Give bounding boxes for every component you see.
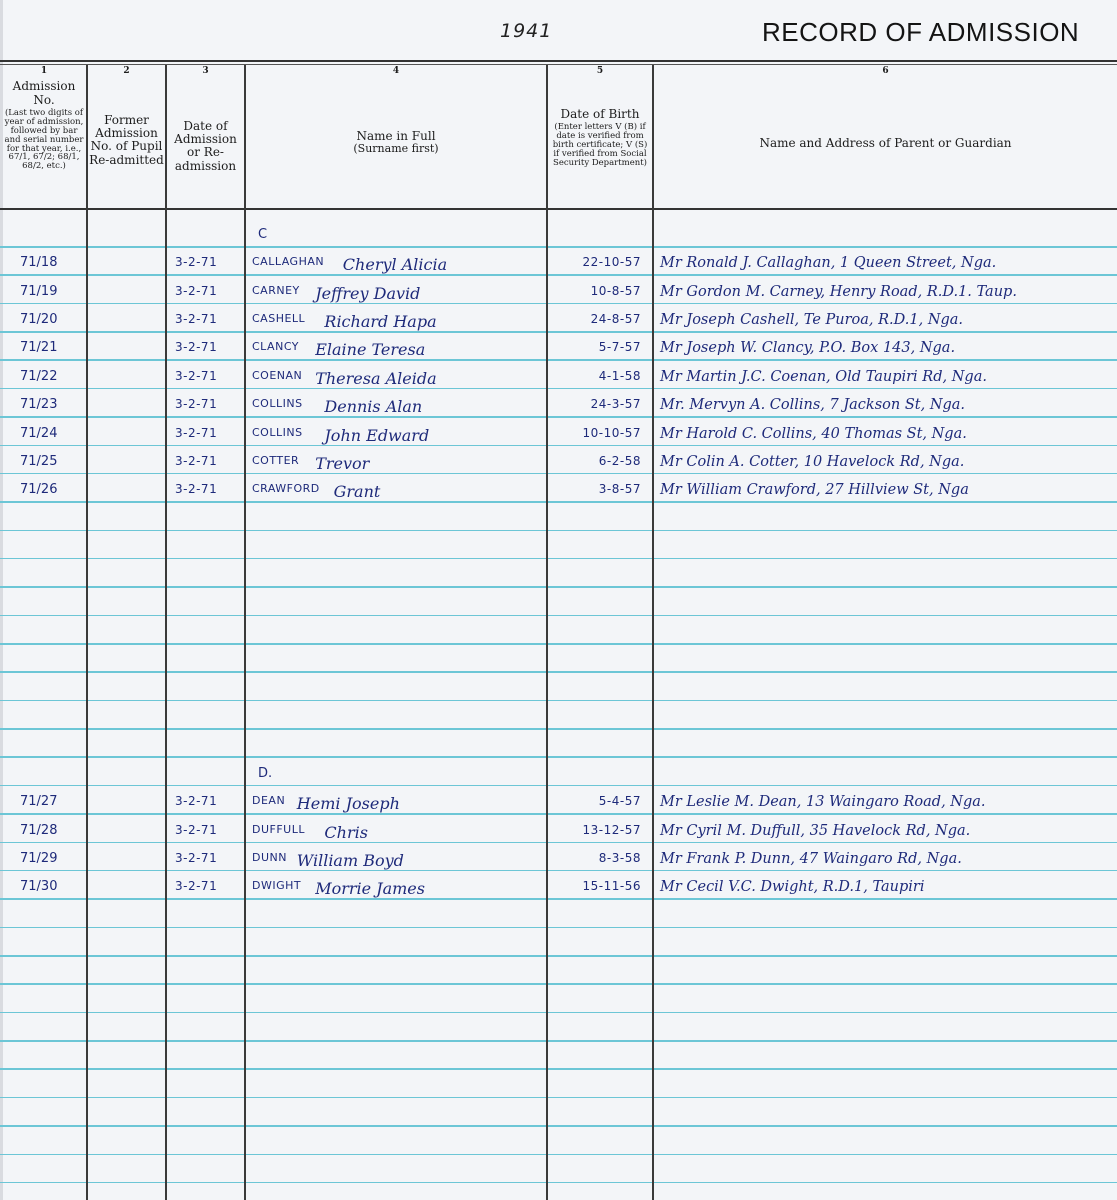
ruled-line [0, 927, 1117, 929]
column-header-admission-no: 1 Admission No. (Last two digits of year… [2, 66, 86, 208]
date-of-birth: 10-8-57 [546, 284, 641, 298]
ruled-line [0, 1040, 1117, 1042]
admission-date: 3-2-71 [175, 340, 217, 354]
date-of-birth: 5-7-57 [546, 340, 641, 354]
ruled-line [0, 756, 1117, 758]
given-names: Morrie James [315, 879, 425, 898]
column-note: (Enter letters V (B) if date is verified… [548, 123, 652, 168]
ruled-line [0, 785, 1117, 787]
admission-no: 71/23 [20, 397, 57, 412]
date-of-birth: 8-3-58 [546, 851, 641, 865]
admission-no: 71/26 [20, 482, 57, 497]
column-number: 2 [88, 67, 165, 76]
column-label: Former Admission No. of Pupil Re-admitte… [88, 114, 165, 167]
admission-date: 3-2-71 [175, 851, 217, 865]
column-header-parent: 6 Name and Address of Parent or Guardian [654, 66, 1117, 208]
ruled-line [0, 615, 1117, 617]
column-label: Name and Address of Parent or Guardian [654, 137, 1117, 150]
ruled-line [0, 530, 1117, 532]
given-names: Chris [324, 823, 368, 842]
ruled-line [0, 274, 1117, 276]
date-of-birth: 6-2-58 [546, 454, 641, 468]
admission-no: 71/20 [20, 312, 57, 327]
ruled-line [0, 558, 1117, 560]
ruled-line [0, 643, 1117, 645]
header-bottom-rule [0, 208, 1117, 210]
ruled-line [0, 501, 1117, 503]
surname: COLLINS [252, 397, 303, 410]
column-divider [244, 65, 246, 1200]
column-number: 3 [167, 67, 244, 76]
column-divider [165, 65, 167, 1200]
surname: CASHELL [252, 312, 305, 325]
ruled-line [0, 586, 1117, 588]
surname: DWIGHT [252, 879, 301, 892]
parent-guardian: Mr William Crawford, 27 Hillview St, Nga [660, 482, 969, 498]
column-divider [652, 65, 654, 1200]
column-header-name: 4 Name in Full (Surname first) [246, 66, 546, 208]
ruled-line [0, 955, 1117, 957]
given-names: Cheryl Alicia [343, 255, 447, 274]
ruled-line [0, 1125, 1117, 1127]
surname: CARNEY [252, 284, 300, 297]
parent-guardian: Mr Joseph Cashell, Te Puroa, R.D.1, Nga. [660, 312, 963, 328]
section-letter: C [258, 227, 267, 242]
date-of-birth: 24-3-57 [546, 397, 641, 411]
admission-no: 71/29 [20, 851, 57, 866]
given-names: William Boyd [297, 851, 404, 870]
year-note: 1941 [500, 20, 552, 42]
date-of-birth: 24-8-57 [546, 312, 641, 326]
given-names: Grant [334, 482, 381, 501]
given-names: Elaine Teresa [315, 340, 425, 359]
surname: CALLAGHAN [252, 255, 324, 268]
date-of-birth: 5-4-57 [546, 794, 641, 808]
admission-no: 71/28 [20, 823, 57, 838]
admission-no: 71/21 [20, 340, 57, 355]
admission-date: 3-2-71 [175, 454, 217, 468]
column-label: Date of Admission or Re-admission [167, 120, 244, 173]
ruled-line [0, 983, 1117, 985]
ruled-line [0, 1068, 1117, 1070]
given-names: John Edward [324, 426, 429, 445]
column-number: 5 [548, 67, 652, 76]
given-names: Theresa Aleida [315, 369, 436, 388]
ruled-line [0, 359, 1117, 361]
date-of-birth: 22-10-57 [546, 255, 641, 269]
column-divider [86, 65, 88, 1200]
surname: CRAWFORD [252, 482, 320, 495]
date-of-birth: 10-10-57 [546, 426, 641, 440]
parent-guardian: Mr Gordon M. Carney, Henry Road, R.D.1. … [660, 284, 1017, 300]
ruled-line [0, 246, 1117, 248]
admission-no: 71/22 [20, 369, 57, 384]
given-names: Trevor [315, 454, 369, 473]
given-names: Dennis Alan [324, 397, 422, 416]
admission-no: 71/19 [20, 284, 57, 299]
admission-no: 71/30 [20, 879, 57, 894]
column-number: 1 [2, 67, 86, 76]
admission-date: 3-2-71 [175, 823, 217, 837]
admission-date: 3-2-71 [175, 482, 217, 496]
ruled-line [0, 842, 1117, 844]
admission-no: 71/25 [20, 454, 57, 469]
ruled-line [0, 331, 1117, 333]
surname: DUNN [252, 851, 287, 864]
ruled-line [0, 473, 1117, 475]
ruled-line [0, 700, 1117, 702]
column-divider [546, 65, 548, 1200]
given-names: Jeffrey David [315, 284, 420, 303]
date-of-birth: 4-1-58 [546, 369, 641, 383]
parent-guardian: Mr Joseph W. Clancy, P.O. Box 143, Nga. [660, 340, 955, 356]
surname: COTTER [252, 454, 299, 467]
parent-guardian: Mr Cyril M. Duffull, 35 Havelock Rd, Nga… [660, 823, 970, 839]
column-header-former-admission: 2 Former Admission No. of Pupil Re-admit… [88, 66, 165, 208]
date-of-birth: 15-11-56 [546, 879, 641, 893]
parent-guardian: Mr Martin J.C. Coenan, Old Taupiri Rd, N… [660, 369, 987, 385]
column-number: 6 [654, 67, 1117, 76]
surname: COLLINS [252, 426, 303, 439]
column-label: Admission No. [2, 80, 86, 106]
parent-guardian: Mr Ronald J. Callaghan, 1 Queen Street, … [660, 255, 996, 271]
surname: DUFFULL [252, 823, 305, 836]
surname: COENAN [252, 369, 302, 382]
ruled-line [0, 1012, 1117, 1014]
surname: DEAN [252, 794, 285, 807]
section-letter: D. [258, 766, 272, 781]
ruled-line [0, 898, 1117, 900]
ruled-line [0, 870, 1117, 872]
parent-guardian: Mr Colin A. Cotter, 10 Havelock Rd, Nga. [660, 454, 964, 470]
admission-no: 71/18 [20, 255, 57, 270]
admission-date: 3-2-71 [175, 397, 217, 411]
date-of-birth: 13-12-57 [546, 823, 641, 837]
parent-guardian: Mr Frank P. Dunn, 47 Waingaro Rd, Nga. [660, 851, 962, 867]
parent-guardian: Mr Harold C. Collins, 40 Thomas St, Nga. [660, 426, 967, 442]
ruled-line [0, 1097, 1117, 1099]
given-names: Hemi Joseph [297, 794, 400, 813]
ruled-line [0, 388, 1117, 390]
surname: CLANCY [252, 340, 299, 353]
admission-date: 3-2-71 [175, 284, 217, 298]
admission-date: 3-2-71 [175, 794, 217, 808]
admission-date: 3-2-71 [175, 879, 217, 893]
parent-guardian: Mr. Mervyn A. Collins, 7 Jackson St, Nga… [660, 397, 965, 413]
ruled-line [0, 303, 1117, 305]
top-rule [0, 60, 1117, 62]
ruled-line [0, 416, 1117, 418]
ruled-line [0, 671, 1117, 673]
admission-no: 71/27 [20, 794, 57, 809]
admission-date: 3-2-71 [175, 255, 217, 269]
top-rule-secondary [0, 64, 1117, 65]
ruled-line [0, 728, 1117, 730]
column-header-date-of-birth: 5 Date of Birth (Enter letters V (B) if … [548, 66, 652, 208]
column-label: Date of Birth [548, 108, 652, 121]
column-note: (Last two digits of year of admission, f… [2, 109, 86, 171]
given-names: Richard Hapa [324, 312, 436, 331]
date-of-birth: 3-8-57 [546, 482, 641, 496]
column-note: (Surname first) [246, 143, 546, 155]
admission-date: 3-2-71 [175, 369, 217, 383]
parent-guardian: Mr Leslie M. Dean, 13 Waingaro Road, Nga… [660, 794, 986, 810]
page-title: RECORD OF ADMISSION [762, 17, 1079, 48]
ruled-line [0, 1182, 1117, 1184]
admission-no: 71/24 [20, 426, 57, 441]
ruled-line [0, 1154, 1117, 1156]
column-number: 4 [246, 67, 546, 76]
admission-date: 3-2-71 [175, 426, 217, 440]
admission-date: 3-2-71 [175, 312, 217, 326]
ruled-line [0, 445, 1117, 447]
ruled-line [0, 813, 1117, 815]
parent-guardian: Mr Cecil V.C. Dwight, R.D.1, Taupiri [660, 879, 924, 895]
column-header-date-of-admission: 3 Date of Admission or Re-admission [167, 66, 244, 208]
